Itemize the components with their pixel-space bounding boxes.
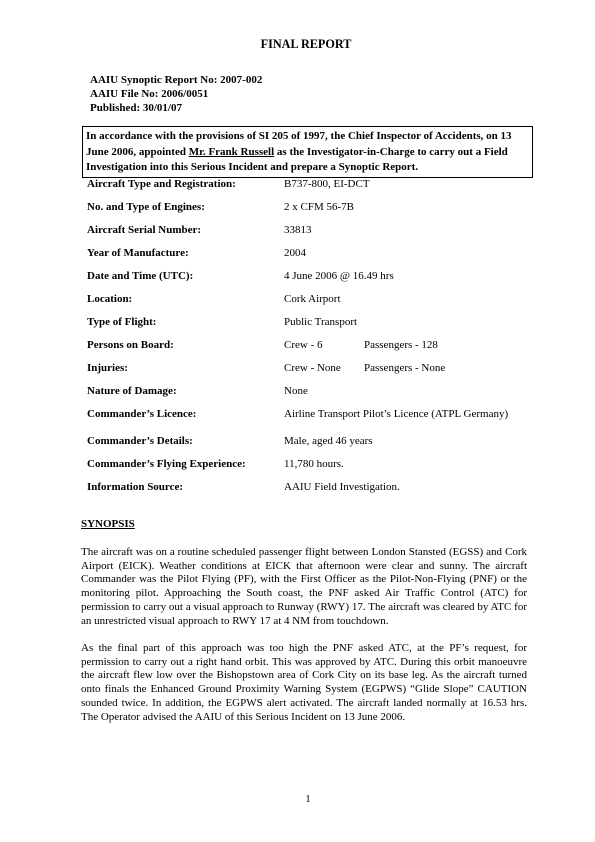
detail-label: Commander’s Licence: <box>87 408 287 420</box>
detail-label: Injuries: <box>87 362 287 374</box>
detail-value: 2 x CFM 56-7B <box>284 201 354 213</box>
synopsis-paragraph-2: As the final part of this approach was t… <box>81 642 527 724</box>
detail-label: Commander’s Flying Experience: <box>87 458 287 470</box>
detail-value: Cork Airport <box>284 293 341 305</box>
page-number: 1 <box>0 793 595 805</box>
investigator-name: Mr. Frank Russell <box>189 146 274 158</box>
detail-label: Commander’s Details: <box>87 435 287 447</box>
published-date: Published: 30/01/07 <box>90 101 182 115</box>
detail-value-secondary: Passengers - 128 <box>364 339 438 351</box>
detail-value: 33813 <box>284 224 312 236</box>
detail-value: Crew - 6 <box>284 339 323 351</box>
detail-value: 4 June 2006 @ 16.49 hrs <box>284 270 394 282</box>
synopsis-paragraph-1: The aircraft was on a routine scheduled … <box>81 546 527 628</box>
detail-value: None <box>284 385 308 397</box>
detail-label: Persons on Board: <box>87 339 287 351</box>
detail-value-secondary: Passengers - None <box>364 362 445 374</box>
synopsis-heading: SYNOPSIS <box>81 518 135 530</box>
detail-label: Aircraft Serial Number: <box>87 224 287 236</box>
file-number: AAIU File No: 2006/0051 <box>90 87 208 101</box>
report-number: AAIU Synoptic Report No: 2007-002 <box>90 73 262 87</box>
detail-value: Male, aged 46 years <box>284 435 373 447</box>
detail-value: B737-800, EI-DCT <box>284 178 370 190</box>
detail-value: Crew - None <box>284 362 341 374</box>
detail-label: No. and Type of Engines: <box>87 201 287 213</box>
report-title: FINAL REPORT <box>0 37 595 52</box>
detail-value: AAIU Field Investigation. <box>284 481 400 493</box>
detail-label: Information Source: <box>87 481 287 493</box>
detail-label: Year of Manufacture: <box>87 247 287 259</box>
detail-label: Date and Time (UTC): <box>87 270 287 282</box>
detail-label: Type of Flight: <box>87 316 287 328</box>
appointment-notice: In accordance with the provisions of SI … <box>82 126 533 178</box>
detail-label: Nature of Damage: <box>87 385 287 397</box>
detail-label: Location: <box>87 293 287 305</box>
detail-value: Airline Transport Pilot’s Licence (ATPL … <box>284 408 508 420</box>
detail-value: Public Transport <box>284 316 357 328</box>
detail-value: 2004 <box>284 247 306 259</box>
detail-value: 11,780 hours. <box>284 458 344 470</box>
detail-label: Aircraft Type and Registration: <box>87 178 287 190</box>
